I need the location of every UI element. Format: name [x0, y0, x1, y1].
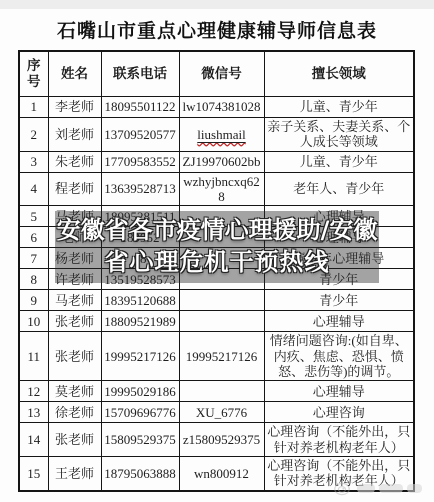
- cell-name: 张老师: [48, 423, 101, 457]
- table-body: 1李老师18095501122lw1074381028儿童、青少年2刘老师137…: [19, 97, 414, 491]
- table-row: 14张老师15809529375z15809529375心理咨询（不能外出，只针…: [19, 423, 414, 457]
- cell-phone: 18795063888: [101, 456, 179, 490]
- cell-expertise: 心理咨询（不能外出，只针对养老机构老年人）: [264, 423, 414, 457]
- screenshot-page: 石嘴山市重点心理健康辅导师信息表 序号 姓名 联系电话 微信号 擅长领域 1李老…: [0, 0, 434, 502]
- cell-phone: 18095501122: [101, 97, 179, 118]
- cell-wechat: z15809529375: [179, 423, 264, 457]
- cell-phone: 189952: [101, 227, 179, 248]
- cell-wechat: wn800912: [179, 456, 264, 490]
- column-header-phone: 联系电话: [101, 51, 179, 97]
- cell-name: 张老师: [48, 332, 101, 381]
- cell-expertise: 青少年: [264, 290, 414, 311]
- cell-phone: 18995281511: [101, 206, 179, 227]
- cell-name: 马老师: [48, 290, 101, 311]
- cell-phone: 19995217126: [101, 332, 179, 381]
- cell-no: 10: [19, 311, 48, 332]
- weibo-watermark-icon: [333, 480, 353, 496]
- cell-phone: 19995029186: [101, 381, 179, 402]
- cell-wechat: 19995217126: [179, 332, 264, 381]
- cell-wechat: [179, 248, 264, 269]
- cell-phone: 17709583552: [101, 151, 179, 172]
- column-header-expertise: 擅长领域: [264, 51, 414, 97]
- counselor-info-table: 序号 姓名 联系电话 微信号 擅长领域 1李老师18095501122lw107…: [18, 50, 415, 492]
- cell-expertise: 亲子关系、夫妻关系、个人成长等领域: [264, 118, 414, 152]
- cell-name: 程老师: [48, 172, 101, 206]
- cell-no: 13: [19, 402, 48, 423]
- cell-expertise: 心理咨询: [264, 402, 414, 423]
- cell-no: 2: [19, 118, 48, 152]
- table-header: 序号 姓名 联系电话 微信号 擅长领域: [19, 51, 414, 97]
- cell-name: 李老师: [48, 97, 101, 118]
- cell-phone: 13709520577: [101, 118, 179, 152]
- cell-name: 朱老师: [48, 151, 101, 172]
- column-header-name: 姓名: [48, 51, 101, 97]
- cell-phone: 13639528713: [101, 172, 179, 206]
- watermark-text-smudge: [407, 484, 422, 493]
- table-row: 9马老师18395120688青少年: [19, 290, 414, 311]
- table-row: 13徐老师15709696776XU_6776心理咨询: [19, 402, 414, 423]
- cell-expertise: 儿童、青少年: [264, 97, 414, 118]
- cell-expertise: 老年人、青少年: [264, 172, 414, 206]
- cell-no: 15: [19, 456, 48, 490]
- cell-wechat: [179, 311, 264, 332]
- cell-name: 王老师: [48, 456, 101, 490]
- cell-no: 4: [19, 172, 48, 206]
- watermark-text-smudge: [379, 484, 403, 493]
- header-row: 序号 姓名 联系电话 微信号 擅长领域: [19, 51, 414, 97]
- cell-wechat: liushmail: [179, 118, 264, 152]
- cell-no: 12: [19, 381, 48, 402]
- page-title: 石嘴山市重点心理健康辅导师信息表: [0, 16, 434, 43]
- cell-expertise: 心理辅导: [264, 206, 414, 227]
- weibo-watermark: [333, 478, 422, 498]
- cell-name: 张老师: [48, 311, 101, 332]
- table-row: 10张老师18809521989心理辅导: [19, 311, 414, 332]
- cell-wechat: [179, 227, 264, 248]
- cell-expertise: 心理辅导: [264, 311, 414, 332]
- cell-wechat: XU_6776: [179, 402, 264, 423]
- cell-phone: 18: [101, 248, 179, 269]
- cell-no: 3: [19, 151, 48, 172]
- cell-wechat: [179, 290, 264, 311]
- cell-wechat: lw1074381028: [179, 97, 264, 118]
- table-row: 2刘老师13709520577liushmail亲子关系、夫妻关系、个人成长等领…: [19, 118, 414, 152]
- cell-name: 杨老师: [48, 248, 101, 269]
- table-row: 6老师189952心理辅导: [19, 227, 414, 248]
- cell-phone: 15809529375: [101, 423, 179, 457]
- cell-no: 14: [19, 423, 48, 457]
- cell-wechat: [179, 269, 264, 290]
- cell-expertise: 儿童、青少年: [264, 151, 414, 172]
- cell-name: 徐老师: [48, 402, 101, 423]
- cell-expertise: 心理辅导: [264, 227, 414, 248]
- cell-no: 7: [19, 248, 48, 269]
- cell-phone: 18395120688: [101, 290, 179, 311]
- cell-no: 8: [19, 269, 48, 290]
- table-row: 8许老师13519528573青少年: [19, 269, 414, 290]
- table-row: 11张老师1999521712619995217126情绪问题咨询:(如自卑、内…: [19, 332, 414, 381]
- cell-no: 9: [19, 290, 48, 311]
- watermark-text-smudge: [357, 484, 375, 493]
- cell-phone: 18809521989: [101, 311, 179, 332]
- cell-name: 老师: [48, 227, 101, 248]
- table-row: 3朱老师17709583552ZJ19970602bb儿童、青少年: [19, 151, 414, 172]
- cell-name: 刘老师: [48, 118, 101, 152]
- cell-name: 马老师: [48, 206, 101, 227]
- cell-no: 1: [19, 97, 48, 118]
- column-header-no: 序号: [19, 51, 48, 97]
- cell-wechat: ZJ19970602bb: [179, 151, 264, 172]
- cell-name: 莫老师: [48, 381, 101, 402]
- cell-phone: 13519528573: [101, 269, 179, 290]
- cell-wechat: [179, 381, 264, 402]
- table-row: 12莫老师19995029186心理辅导: [19, 381, 414, 402]
- cell-expertise: 情绪问题咨询:(如自卑、内疚、焦虑、恐惧、愤怒、悲伤等)的调节。: [264, 332, 414, 381]
- wechat-id-spellchecked: liushmail: [197, 127, 245, 142]
- cell-wechat: wzhyjbncxq628: [179, 172, 264, 206]
- cell-name: 许老师: [48, 269, 101, 290]
- scan-edge-strip: [0, 0, 434, 9]
- table-row: 5马老师18995281511心理辅导: [19, 206, 414, 227]
- cell-no: 5: [19, 206, 48, 227]
- table-row: 7杨老师18青少年心理辅导: [19, 248, 414, 269]
- table-row: 4程老师13639528713wzhyjbncxq628老年人、青少年: [19, 172, 414, 206]
- cell-wechat: [179, 206, 264, 227]
- cell-no: 11: [19, 332, 48, 381]
- cell-no: 6: [19, 227, 48, 248]
- table-row: 1李老师18095501122lw1074381028儿童、青少年: [19, 97, 414, 118]
- cell-expertise: 心理辅导: [264, 381, 414, 402]
- column-header-wechat: 微信号: [179, 51, 264, 97]
- cell-expertise: 青少年: [264, 269, 414, 290]
- cell-expertise: 青少年心理辅导: [264, 248, 414, 269]
- cell-phone: 15709696776: [101, 402, 179, 423]
